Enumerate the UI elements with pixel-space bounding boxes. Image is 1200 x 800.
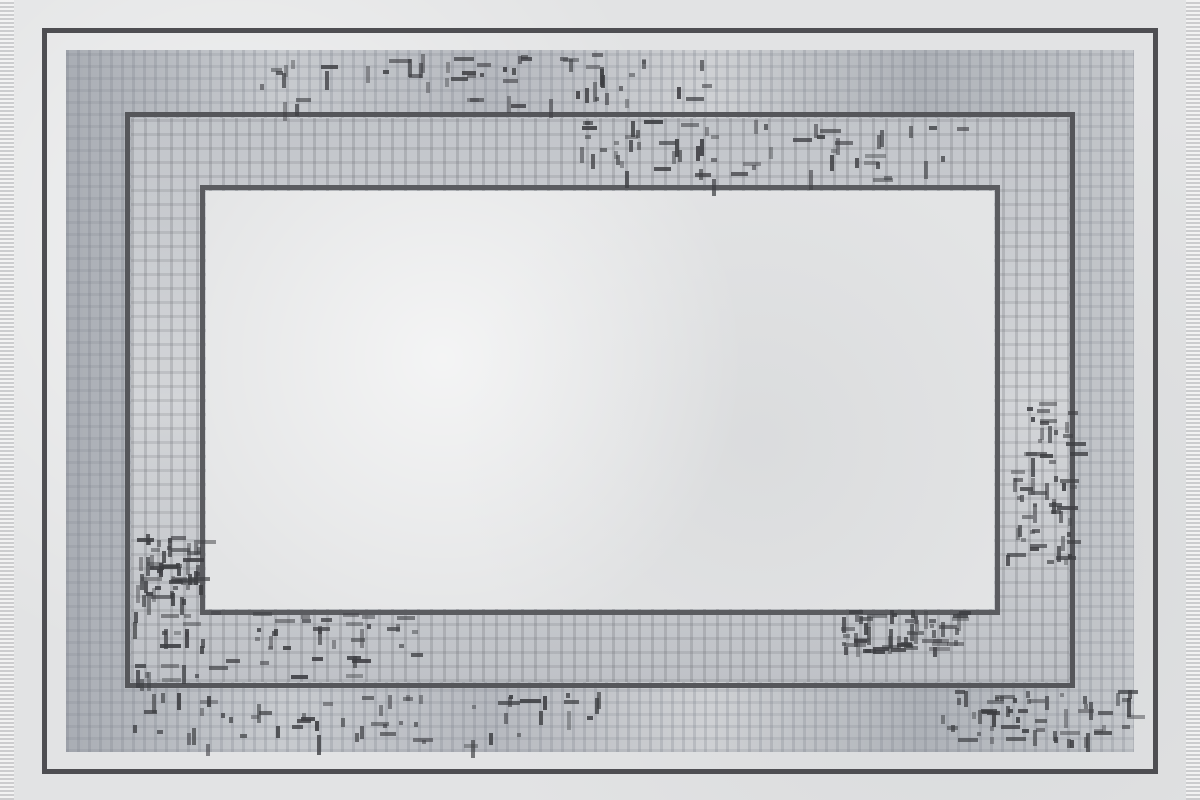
pattern-mark <box>346 674 363 678</box>
pattern-mark <box>712 179 716 196</box>
pattern-mark <box>147 540 151 544</box>
pattern-mark <box>1116 693 1120 707</box>
pattern-mark <box>140 679 144 691</box>
pattern-mark <box>941 156 945 162</box>
pattern-mark <box>909 126 913 138</box>
pattern-mark <box>932 630 936 638</box>
pattern-mark <box>836 138 840 155</box>
pattern-mark <box>1039 402 1057 406</box>
pattern-mark <box>251 715 259 719</box>
pattern-mark <box>1078 709 1094 713</box>
pattern-mark <box>644 120 663 124</box>
pattern-mark <box>498 701 520 705</box>
pattern-mark <box>292 725 303 729</box>
pattern-mark <box>1018 709 1027 713</box>
pattern-mark <box>592 53 603 57</box>
pattern-mark <box>1001 725 1020 729</box>
rug-photo <box>0 0 1200 800</box>
pattern-mark <box>539 711 543 726</box>
pattern-mark <box>1084 704 1088 708</box>
pattern-mark <box>284 65 288 77</box>
pattern-mark <box>383 724 387 729</box>
pattern-mark <box>291 60 295 69</box>
pattern-mark <box>1127 698 1131 717</box>
pattern-mark <box>915 620 919 631</box>
pattern-mark <box>161 614 180 618</box>
pattern-mark <box>711 158 717 162</box>
pattern-mark <box>489 733 493 745</box>
pattern-mark <box>301 615 310 619</box>
pattern-mark <box>406 695 410 700</box>
pattern-mark <box>867 627 871 645</box>
pattern-mark <box>183 622 201 626</box>
pattern-mark <box>321 618 331 622</box>
fringe-left <box>0 0 14 800</box>
pattern-mark <box>711 135 719 139</box>
pattern-mark <box>929 126 937 130</box>
pattern-mark <box>283 102 287 122</box>
pattern-mark <box>929 619 936 623</box>
pattern-mark <box>396 624 400 632</box>
pattern-mark <box>1016 717 1020 723</box>
pattern-mark <box>351 638 365 642</box>
pattern-mark <box>1060 693 1064 697</box>
pattern-mark <box>1027 407 1033 411</box>
pattern-mark <box>629 73 635 77</box>
pattern-mark <box>695 173 711 177</box>
pattern-mark <box>380 732 396 736</box>
pattern-mark <box>422 740 427 744</box>
pattern-mark <box>151 595 173 599</box>
pattern-mark <box>323 702 333 706</box>
pattern-mark <box>229 717 233 723</box>
pattern-mark <box>260 84 264 89</box>
pattern-mark <box>144 710 157 714</box>
pattern-mark <box>1045 696 1049 710</box>
pattern-mark <box>922 639 942 643</box>
pattern-mark <box>1020 495 1024 501</box>
pattern-mark <box>346 622 363 626</box>
pattern-mark <box>1065 422 1069 433</box>
pattern-mark <box>414 722 418 727</box>
pattern-mark <box>209 666 228 670</box>
pattern-mark <box>1064 709 1068 728</box>
pattern-mark <box>173 586 178 590</box>
pattern-mark <box>616 155 620 164</box>
pattern-mark <box>142 595 146 607</box>
pattern-mark <box>301 717 315 721</box>
pattern-mark <box>445 78 449 87</box>
pattern-mark <box>408 59 412 78</box>
pattern-mark <box>754 120 758 134</box>
pattern-mark <box>1084 737 1088 747</box>
pattern-mark <box>1128 690 1132 698</box>
pattern-mark <box>260 661 270 665</box>
pattern-mark <box>467 74 476 78</box>
pattern-mark <box>1040 421 1049 425</box>
pattern-mark <box>939 625 957 629</box>
pattern-mark <box>830 155 834 171</box>
pattern-mark <box>614 141 619 145</box>
pattern-mark <box>1083 696 1087 704</box>
pattern-mark <box>700 139 704 156</box>
pattern-mark <box>990 737 994 744</box>
pattern-mark <box>930 624 934 628</box>
pattern-mark <box>566 693 570 697</box>
pattern-mark <box>659 141 676 145</box>
pattern-mark <box>411 653 424 657</box>
pattern-mark <box>947 642 965 646</box>
pattern-mark <box>865 154 885 158</box>
pattern-mark <box>959 611 971 615</box>
pattern-mark <box>1063 434 1073 438</box>
pattern-mark <box>1032 529 1040 533</box>
pattern-mark <box>981 709 997 713</box>
pattern-mark <box>1024 452 1037 456</box>
pattern-mark <box>1047 560 1054 564</box>
pattern-mark <box>472 705 476 709</box>
pattern-mark <box>1062 483 1066 490</box>
pattern-mark <box>924 161 928 179</box>
pattern-mark <box>681 123 699 127</box>
pattern-mark <box>582 126 597 130</box>
pattern-mark <box>564 700 579 704</box>
pattern-mark <box>677 87 681 98</box>
pattern-mark <box>1018 525 1022 537</box>
pattern-mark <box>317 735 321 755</box>
pattern-mark <box>162 631 167 635</box>
pattern-mark <box>1026 691 1030 698</box>
pattern-mark <box>383 70 388 74</box>
pattern-mark <box>842 617 846 633</box>
pattern-mark <box>910 624 914 642</box>
pattern-mark <box>843 634 849 638</box>
pattern-mark <box>186 585 190 590</box>
pattern-mark <box>636 130 640 138</box>
pattern-mark <box>480 73 484 77</box>
pattern-mark <box>958 738 978 742</box>
pattern-mark <box>1059 511 1063 523</box>
pattern-mark <box>642 60 646 70</box>
pattern-mark <box>161 693 165 703</box>
pattern-mark <box>168 538 172 543</box>
pattern-mark <box>929 647 950 651</box>
pattern-mark <box>167 546 171 550</box>
pattern-mark <box>705 127 709 136</box>
fringe-right <box>1186 0 1200 800</box>
pattern-mark <box>1070 452 1088 456</box>
pattern-mark <box>276 726 280 738</box>
pattern-mark <box>625 171 629 188</box>
pattern-mark <box>147 596 151 614</box>
pattern-mark <box>882 645 899 649</box>
pattern-mark <box>200 700 218 704</box>
pattern-mark <box>136 670 140 689</box>
pattern-mark <box>924 611 928 629</box>
pattern-mark <box>341 718 345 727</box>
pattern-mark <box>462 71 476 75</box>
pattern-mark <box>257 628 261 632</box>
pattern-mark <box>180 597 184 615</box>
pattern-mark <box>859 616 863 625</box>
pattern-mark <box>157 730 163 734</box>
pattern-mark <box>585 88 589 103</box>
pattern-mark <box>702 84 712 88</box>
pattern-mark <box>1068 411 1078 415</box>
pattern-mark <box>184 614 192 618</box>
pattern-mark <box>990 726 994 731</box>
pattern-mark <box>849 610 863 614</box>
pattern-mark <box>187 733 191 746</box>
center-field <box>206 191 994 609</box>
pattern-mark <box>295 104 299 117</box>
pattern-mark <box>182 665 186 684</box>
pattern-mark <box>1031 458 1035 477</box>
pattern-mark <box>1007 553 1025 557</box>
pattern-mark <box>549 99 553 118</box>
pattern-mark <box>1122 725 1130 729</box>
pattern-mark <box>161 664 179 668</box>
pattern-mark <box>1022 729 1029 733</box>
pattern-mark <box>629 140 633 152</box>
pattern-mark <box>157 540 161 547</box>
pattern-mark <box>133 622 137 639</box>
pattern-mark <box>255 637 259 641</box>
pattern-mark <box>362 696 374 700</box>
pattern-mark <box>1054 430 1058 435</box>
pattern-mark <box>198 540 216 544</box>
pattern-mark <box>503 79 518 83</box>
pattern-mark <box>211 611 221 615</box>
pattern-mark <box>1068 518 1072 525</box>
pattern-mark <box>419 695 423 705</box>
pattern-mark <box>576 91 580 99</box>
pattern-mark <box>842 642 846 646</box>
pattern-mark <box>854 639 867 643</box>
pattern-mark <box>291 675 308 679</box>
pattern-mark <box>477 63 492 67</box>
pattern-mark <box>140 574 144 590</box>
pattern-mark <box>512 68 516 74</box>
pattern-mark <box>1064 559 1068 566</box>
pattern-mark <box>957 127 969 131</box>
pattern-mark <box>743 162 761 166</box>
pattern-mark <box>957 698 961 705</box>
pattern-mark <box>471 740 475 758</box>
pattern-mark <box>159 566 163 571</box>
pattern-mark <box>1048 426 1052 443</box>
pattern-mark <box>136 585 140 603</box>
pattern-mark <box>619 86 623 91</box>
pattern-mark <box>1070 485 1077 489</box>
pattern-mark <box>1029 699 1046 703</box>
pattern-mark <box>605 93 609 105</box>
pattern-mark <box>171 536 186 540</box>
pattern-mark <box>296 98 311 102</box>
pattern-mark <box>686 97 703 101</box>
pattern-mark <box>1067 540 1081 544</box>
pattern-mark <box>1030 544 1047 548</box>
pattern-mark <box>1066 442 1086 446</box>
pattern-mark <box>867 616 871 628</box>
pattern-mark <box>187 551 200 555</box>
pattern-mark <box>521 57 532 61</box>
pattern-mark <box>947 726 958 730</box>
pattern-mark <box>139 557 143 570</box>
pattern-mark <box>272 631 276 636</box>
pattern-mark <box>520 699 541 703</box>
pattern-mark <box>325 71 329 90</box>
pattern-mark <box>253 612 272 616</box>
pattern-mark <box>941 715 945 724</box>
pattern-mark <box>764 124 768 130</box>
pattern-mark <box>914 632 918 644</box>
pattern-mark <box>977 732 981 737</box>
pattern-mark <box>1031 417 1035 421</box>
pattern-mark <box>199 585 203 595</box>
pattern-mark <box>451 77 468 81</box>
pattern-mark <box>147 672 151 691</box>
pattern-mark <box>580 147 584 163</box>
pattern-mark <box>1000 696 1004 701</box>
pattern-mark <box>504 713 508 724</box>
pattern-mark <box>1036 728 1045 732</box>
pattern-mark <box>134 612 138 623</box>
pattern-mark <box>752 165 756 170</box>
pattern-mark <box>890 610 894 623</box>
pattern-mark <box>259 711 273 715</box>
pattern-mark <box>820 129 840 133</box>
pattern-mark <box>1068 554 1072 559</box>
pattern-mark <box>312 657 322 661</box>
pattern-mark <box>188 574 192 585</box>
pattern-mark <box>1040 428 1044 440</box>
pattern-mark <box>347 656 361 660</box>
pattern-mark <box>446 62 450 72</box>
pattern-mark <box>226 659 240 663</box>
pattern-mark <box>315 721 319 730</box>
pattern-mark <box>321 65 339 69</box>
pattern-mark <box>517 733 521 738</box>
pattern-mark <box>221 713 225 718</box>
pattern-mark <box>567 711 571 730</box>
pattern-mark <box>397 616 415 620</box>
pattern-mark <box>269 636 273 649</box>
pattern-mark <box>972 712 976 720</box>
pattern-mark <box>1035 719 1048 723</box>
pattern-mark <box>637 142 641 150</box>
pattern-mark <box>600 148 607 152</box>
pattern-mark <box>1008 709 1013 713</box>
pattern-mark <box>162 551 166 563</box>
pattern-mark <box>809 170 813 189</box>
pattern-mark <box>240 734 247 738</box>
pattern-mark <box>192 728 196 745</box>
pattern-mark <box>1049 503 1061 507</box>
pattern-mark <box>388 695 392 709</box>
pattern-mark <box>135 664 146 668</box>
pattern-mark <box>1049 460 1055 464</box>
pattern-mark <box>793 138 812 142</box>
pattern-mark <box>995 697 999 701</box>
pattern-mark <box>1094 731 1112 735</box>
pattern-mark <box>585 135 591 139</box>
pattern-mark <box>855 158 859 168</box>
pattern-mark <box>1037 409 1050 413</box>
pattern-mark <box>283 646 291 650</box>
pattern-mark <box>1033 503 1037 507</box>
pattern-mark <box>419 63 423 79</box>
pattern-mark <box>177 693 181 709</box>
pattern-mark <box>360 726 364 738</box>
pattern-mark <box>1022 515 1034 519</box>
pattern-mark <box>1011 470 1025 474</box>
pattern-mark <box>343 613 359 617</box>
pattern-mark <box>1013 698 1017 702</box>
pattern-mark <box>454 57 474 61</box>
pattern-mark <box>700 60 704 71</box>
pattern-mark <box>201 639 205 648</box>
pattern-mark <box>864 161 879 165</box>
pattern-mark <box>367 624 371 629</box>
pattern-mark <box>318 628 322 634</box>
pattern-mark <box>399 721 403 725</box>
pattern-mark <box>1067 532 1071 537</box>
pattern-mark <box>844 647 848 655</box>
pattern-mark <box>195 674 199 678</box>
pattern-mark <box>302 619 311 623</box>
pattern-mark <box>379 705 383 717</box>
pattern-mark <box>185 629 189 648</box>
pattern-mark <box>964 691 968 708</box>
pattern-mark <box>873 178 893 182</box>
pattern-mark <box>625 99 629 107</box>
pattern-mark <box>1014 478 1023 482</box>
pattern-mark <box>597 692 601 709</box>
pattern-mark <box>1021 538 1027 542</box>
pattern-mark <box>1098 711 1114 715</box>
pattern-mark <box>362 615 374 619</box>
pattern-mark <box>593 82 597 101</box>
pattern-mark <box>563 58 579 62</box>
pattern-mark <box>503 67 507 71</box>
pattern-mark <box>769 147 773 160</box>
pattern-mark <box>332 640 336 650</box>
pattern-mark <box>731 172 748 176</box>
pattern-mark <box>1053 731 1057 741</box>
pattern-mark <box>426 82 430 93</box>
pattern-mark <box>1031 478 1035 494</box>
pattern-mark <box>412 630 418 634</box>
pattern-mark <box>200 708 204 716</box>
pattern-mark <box>511 104 526 108</box>
pattern-mark <box>905 619 913 623</box>
pattern-mark <box>355 733 359 743</box>
pattern-mark <box>914 616 918 620</box>
pattern-mark <box>196 565 200 576</box>
pattern-mark <box>880 130 884 147</box>
pattern-mark <box>1060 479 1080 483</box>
pattern-mark <box>174 631 182 635</box>
pattern-mark <box>591 154 595 169</box>
pattern-mark <box>620 161 624 168</box>
pattern-mark <box>1033 730 1037 746</box>
pattern-mark <box>162 678 181 682</box>
pattern-mark <box>1060 731 1080 735</box>
pattern-mark <box>151 548 160 552</box>
pattern-mark <box>275 619 295 623</box>
pattern-mark <box>1070 740 1074 749</box>
